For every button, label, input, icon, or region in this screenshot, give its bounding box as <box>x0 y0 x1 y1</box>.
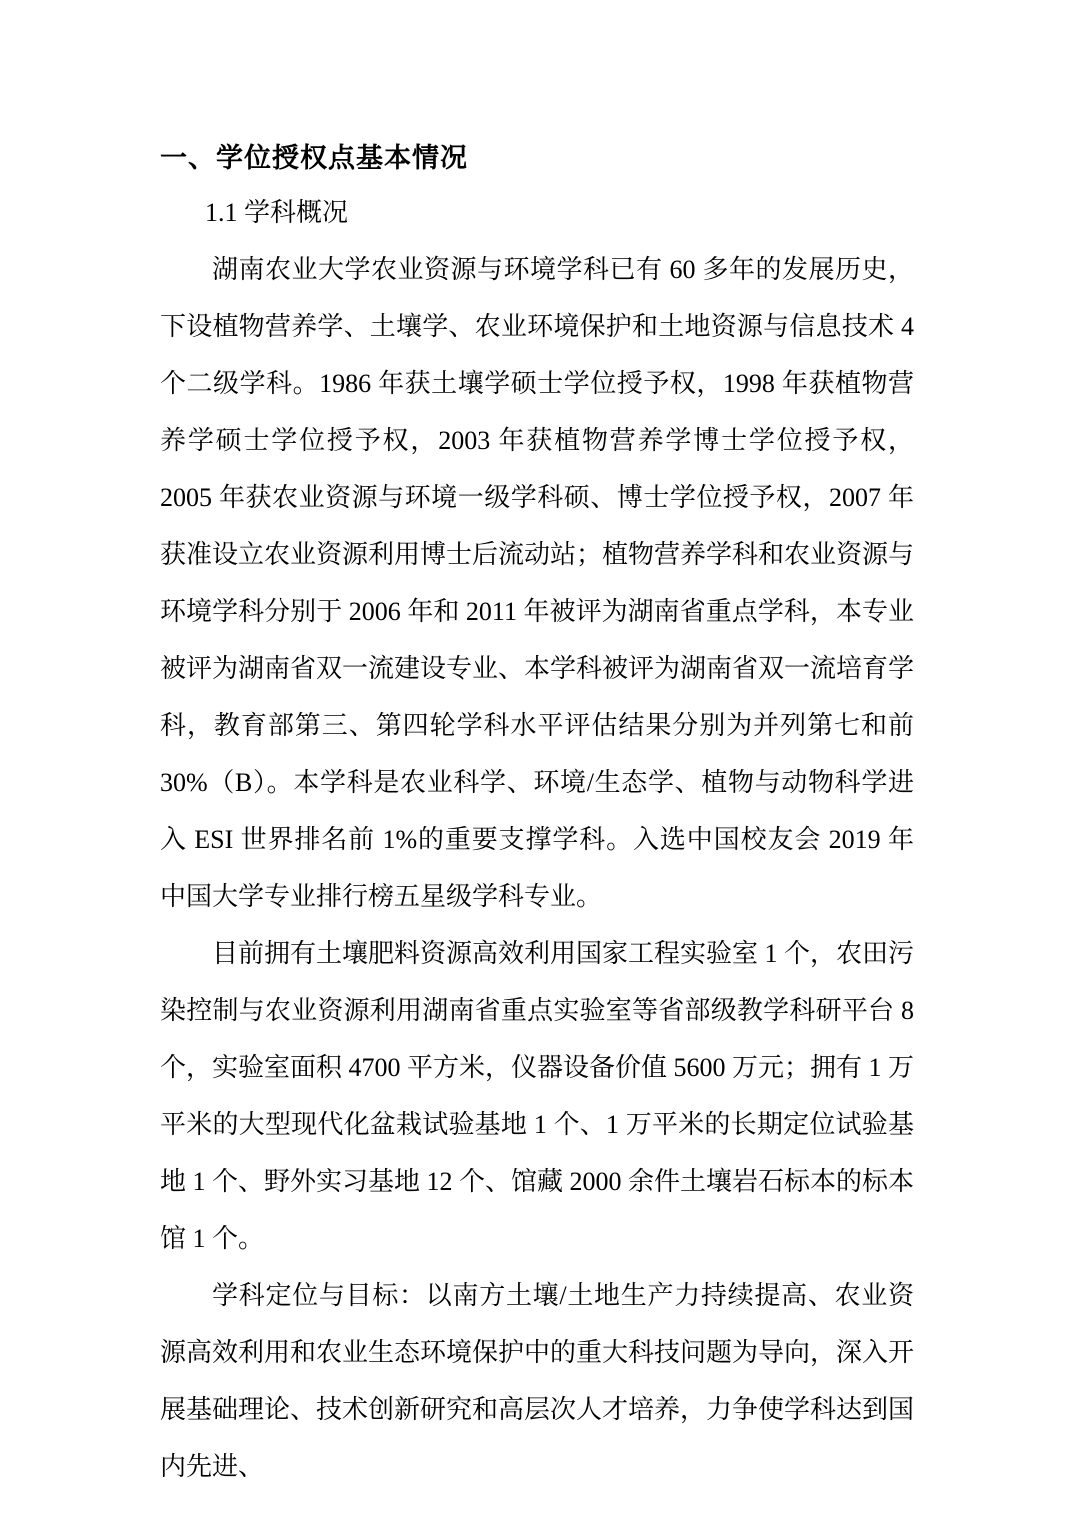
section-heading: 一、学位授权点基本情况 <box>160 138 914 178</box>
paragraph-discipline-overview: 湖南农业大学农业资源与环境学科已有 60 多年的发展历史，下设植物营养学、土壤学… <box>160 241 914 925</box>
paragraph-positioning-goals: 学科定位与目标：以南方土壤/土地生产力持续提高、农业资源高效利用和农业生态环境保… <box>160 1267 914 1495</box>
paragraph-facilities: 目前拥有土壤肥料资源高效利用国家工程实验室 1 个，农田污染控制与农业资源利用湖… <box>160 925 914 1267</box>
subsection-heading: 1.1 学科概况 <box>160 184 914 241</box>
document-page: 一、学位授权点基本情况 1.1 学科概况 湖南农业大学农业资源与环境学科已有 6… <box>0 0 1074 1520</box>
